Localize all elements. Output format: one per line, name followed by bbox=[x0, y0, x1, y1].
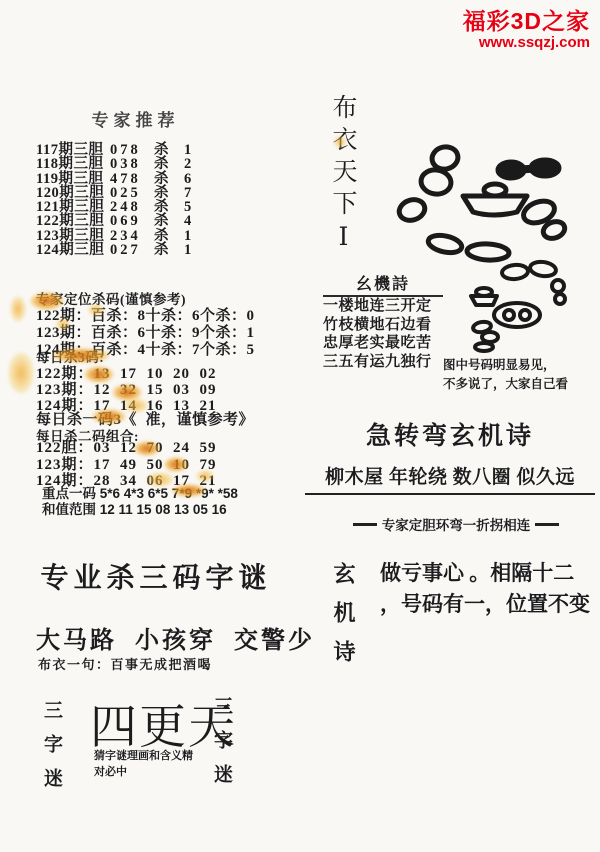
three-char-label-left: 三字迷 bbox=[38, 700, 65, 802]
table-row: 122期三胆069杀4 bbox=[36, 214, 192, 228]
vertical-title-buyitianxia: 布衣天下Ⅰ bbox=[324, 94, 360, 258]
table-row: 118期三胆038杀2 bbox=[36, 157, 192, 171]
list-item: 122期：13 17 10 20 02 bbox=[36, 366, 217, 382]
site-brand-name: 福彩3D之家 bbox=[463, 8, 590, 34]
xuanji-line2: ，号码有一，位置不变 bbox=[380, 589, 592, 620]
table-row: 123期三胆234杀1 bbox=[36, 229, 192, 243]
sharp-turn-line: 柳木屋 年轮绕 数八圈 似久远 bbox=[305, 462, 595, 495]
poem-line: 忠厚老实最吃苦 bbox=[323, 334, 443, 353]
divider bbox=[353, 523, 377, 526]
poem-line: 一楼地连三开定 bbox=[323, 297, 443, 316]
riddle-title: 专业杀三码字谜 bbox=[28, 556, 284, 596]
poem-line: 三五有运九独行 bbox=[323, 353, 443, 372]
sharp-turn-subline-text: 专家定胆环弯一折拐相连 bbox=[382, 514, 531, 534]
divider bbox=[535, 523, 559, 526]
sharp-turn-title: 急转弯玄机诗 bbox=[328, 416, 572, 452]
key-lines: 重点一码 5*6 4*3 6*5 7*9 *9* *58 和值范围 12 11 … bbox=[42, 486, 238, 517]
riddle-line: 大马路 小孩穿 交警少 bbox=[36, 620, 315, 655]
doodle-note-line2: 不多说了，大家自己看 bbox=[443, 375, 568, 394]
list-item: 122胆：03 12 70 24 59 bbox=[36, 440, 217, 457]
expert-recommend-title: 专家推荐 bbox=[58, 106, 213, 131]
expert-recommend-table: 117期三胆078杀1 118期三胆038杀2 119期三胆478杀6 120期… bbox=[36, 143, 192, 257]
yaoji-poem-section: 幺機詩 一楼地连三开定 竹枝横地石边看 忠厚老实最吃苦 三五有运九独行 bbox=[323, 271, 443, 371]
lottery-tips-scan-page: 福彩3D之家 www.ssqzj.com 专家推荐 117期三胆078杀1 11… bbox=[0, 0, 600, 852]
buyi-sentence: 布衣一句：百事无成把酒喝 bbox=[38, 654, 212, 673]
site-watermark: 福彩3D之家 www.ssqzj.com bbox=[463, 8, 590, 51]
poem-line: 竹枝横地石边看 bbox=[323, 316, 443, 335]
stain-blob bbox=[8, 352, 34, 394]
xuanji-poem: 做亏事心 。相隔十二 ，号码有一，位置不变 bbox=[380, 558, 592, 620]
table-row: 119期三胆478杀6 bbox=[36, 172, 192, 186]
doodle-note-line1: 图中号码明显易见， bbox=[443, 356, 568, 375]
position-kill-title: 专家定位杀码(谨慎参考) bbox=[36, 288, 255, 308]
table-row: 124期三胆027杀1 bbox=[36, 243, 192, 257]
sum-range-line: 和值范围 12 11 15 08 13 05 16 bbox=[42, 502, 238, 518]
stain-blob bbox=[10, 296, 26, 322]
list-item: 123期：17 49 50 10 79 bbox=[36, 457, 217, 474]
daily-kill3-section: 每日杀3码: 122期：13 17 10 20 02 123期：12 32 15… bbox=[36, 346, 217, 415]
xuanji-line1: 做亏事心 。相隔十二 bbox=[380, 558, 592, 589]
sharp-turn-subline: 专家定胆环弯一折拐相连 bbox=[330, 514, 582, 534]
list-item: 123期：百杀：6十杀：9个杀：1 bbox=[36, 325, 255, 342]
list-item: 123期：12 32 15 03 09 bbox=[36, 382, 217, 398]
three-char-label-right: 三字迷 bbox=[208, 696, 235, 798]
hand-drawn-sketch-large bbox=[393, 136, 573, 276]
focus-code-line: 重点一码 5*6 4*3 6*5 7*9 *9* *58 bbox=[42, 486, 238, 502]
site-url: www.ssqzj.com bbox=[463, 34, 590, 51]
daily-kill3-title: 每日杀3码: bbox=[36, 346, 217, 366]
yaoji-poem-title: 幺機詩 bbox=[323, 271, 443, 297]
doodle-note: 图中号码明显易见， 不多说了，大家自己看 bbox=[443, 356, 568, 394]
list-item: 122期：百杀：8十杀：6个杀：0 bbox=[36, 308, 255, 325]
daily-kill2-rows: 122胆：03 12 70 24 59 123期：17 49 50 10 79 … bbox=[36, 440, 217, 490]
xuanji-vertical-label: 玄机诗 bbox=[328, 562, 359, 679]
hand-drawn-sketch-small bbox=[455, 258, 573, 361]
